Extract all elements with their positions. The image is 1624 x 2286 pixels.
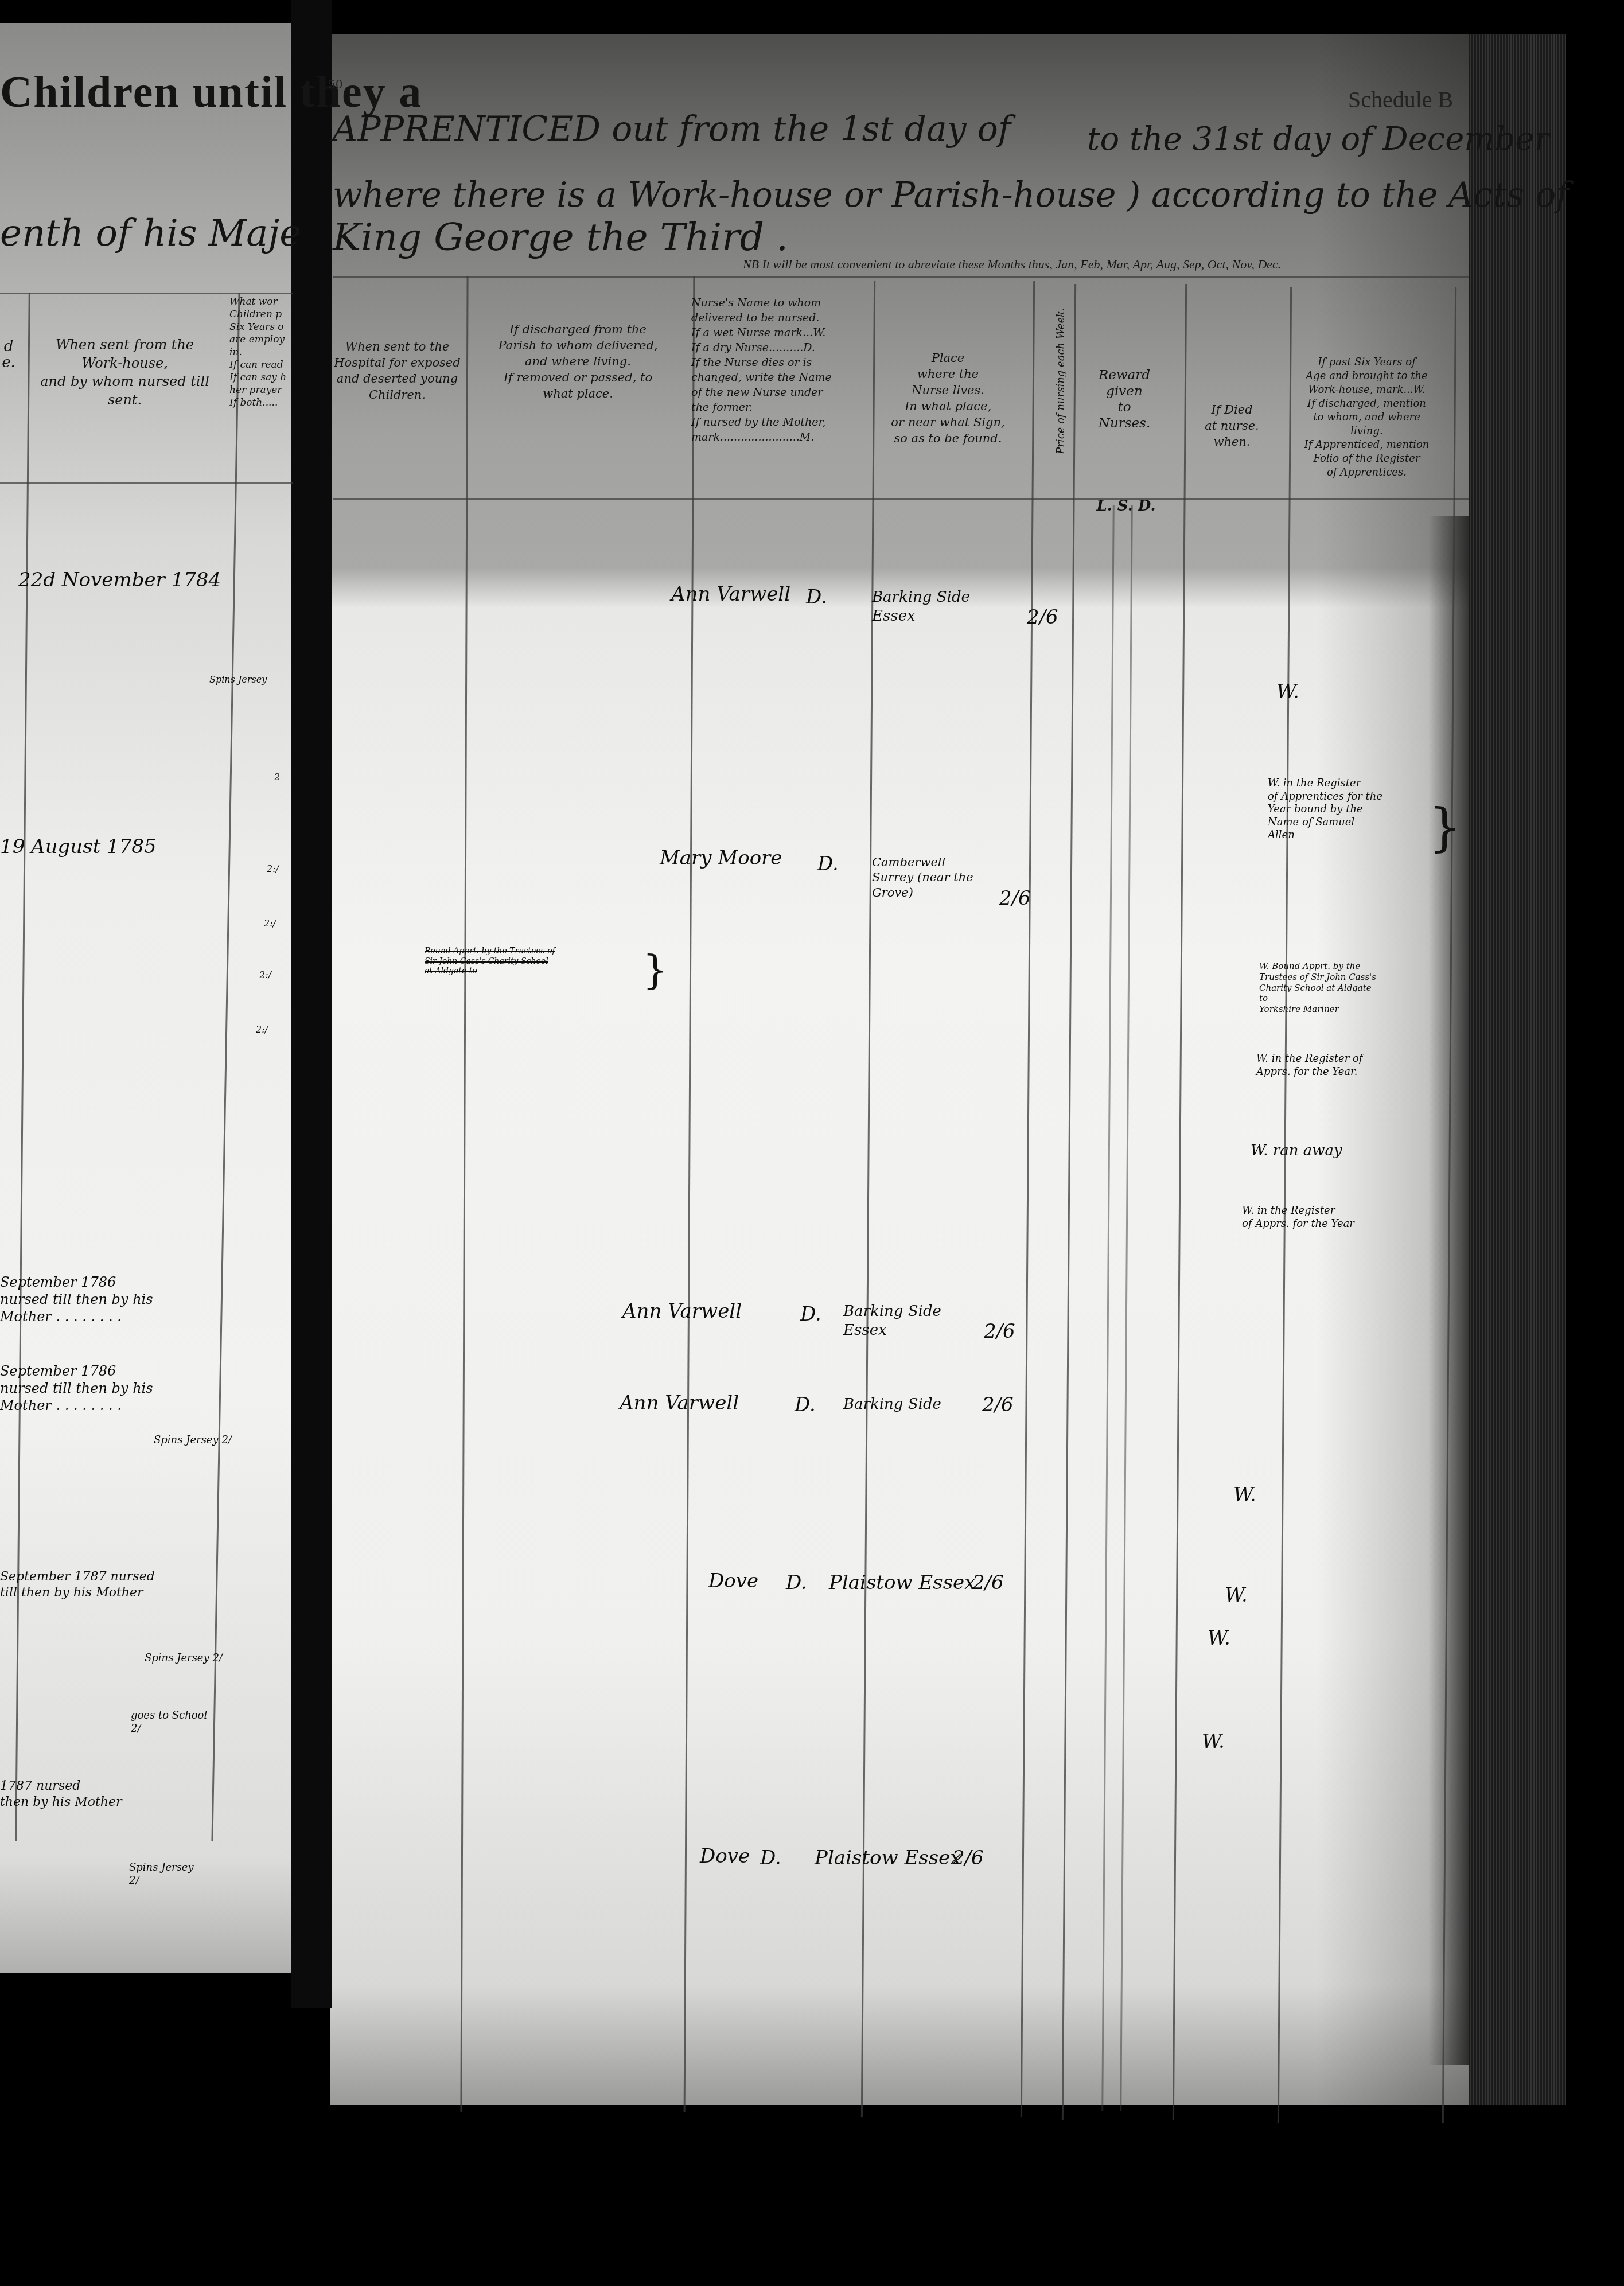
entry-past-six: W. (1202, 1730, 1225, 1754)
entry-place: Plaistow Essex (829, 1571, 975, 1595)
rule (0, 293, 293, 294)
entry-discharged-struck: Bound Apprt. by the Trustees of Sir John… (425, 947, 555, 977)
entry-place: Barking Side Essex (843, 1302, 941, 1339)
entry-price: 2/6 (1027, 605, 1058, 630)
header-when-sent-from-workhouse: When sent from the Work-house, and by wh… (26, 336, 224, 409)
brace: } (642, 947, 668, 994)
entry-past-six: W. Bound Apprt. by the Trustees of Sir J… (1259, 961, 1376, 1015)
brace: } (1428, 797, 1461, 858)
entry-place: Camberwell Surrey (near the Grove) (872, 855, 973, 900)
entry-when-sent: September 1787 nursed till then by his M… (0, 1569, 155, 1600)
header-currency-units: L. S. D. (1072, 498, 1181, 514)
entry-past-six: W. ran away (1251, 1142, 1342, 1160)
entry-nurse-name: Mary Moore (660, 846, 782, 871)
entry-price: 2/6 (999, 886, 1031, 911)
rule (0, 482, 293, 484)
entry-past-six: W. (1233, 1483, 1256, 1508)
entry-work: 2:/ (259, 969, 271, 981)
entry-nurse-type: D. (795, 1393, 816, 1417)
entry-place: Barking Side Essex (872, 588, 970, 625)
entry-past-six: W. in the Register of Apprs. for the Yea… (1242, 1205, 1354, 1230)
header-if-past-six-years: If past Six Years of Age and brought to … (1285, 356, 1448, 480)
right-title-line-1: APPRENTICED out from the 1st day of (333, 109, 1011, 149)
entry-nurse-name: Ann Varwell (620, 1391, 739, 1416)
entry-price: 2/6 (972, 1571, 1004, 1595)
entry-work: Spins Jersey 2/ (129, 1861, 194, 1887)
header-reward-to-nurses: Reward given to Nurses. (1070, 367, 1179, 431)
folio-number: 50 (328, 77, 342, 91)
entry-nurse-type: D. (800, 1302, 821, 1327)
entry-when-sent: 1787 nursed then by his Mother (0, 1778, 122, 1810)
entry-past-six: W. (1276, 680, 1299, 704)
entry-work: Spins Jersey 2/ (145, 1652, 223, 1665)
entry-work: 2 (274, 772, 280, 783)
entry-work: 2:/ (256, 1024, 268, 1035)
entry-nurse-type: D. (817, 852, 839, 877)
entry-nurse-name: Ann Varwell (622, 1299, 742, 1324)
header-when-sent-to-hospital: When sent to the Hospital for exposed an… (333, 338, 462, 403)
entry-nurse-type: D. (806, 585, 827, 610)
entry-when-sent: 19 August 1785 (0, 835, 157, 859)
entry-past-six: W. in the Register of Apprentices for th… (1268, 777, 1382, 842)
entry-nurse-type: D. (760, 1846, 781, 1871)
entry-past-six: W. (1225, 1583, 1248, 1608)
entry-place: Plaistow Essex (815, 1846, 961, 1871)
header-price-per-week: Price of nursing each Week. (1053, 298, 1069, 464)
right-title-line-2: where there is a Work-house or Parish-ho… (333, 175, 1569, 215)
entry-place: Barking Side (843, 1395, 941, 1414)
entry-work: 2:/ (267, 863, 279, 875)
header-nurse-name: Nurse's Name to whom delivered to be nur… (691, 295, 866, 445)
header-place-nurse-lives: Place where the Nurse lives. In what pla… (869, 350, 1027, 446)
entry-past-six: W. in the Register of Apprs. for the Yea… (1256, 1053, 1363, 1078)
rule (333, 276, 1469, 278)
entry-nurse-type: D. (786, 1571, 807, 1595)
entry-work: 2:/ (264, 918, 276, 929)
entry-when-sent: 22d November 1784 (18, 568, 221, 593)
entry-past-six: W. (1208, 1626, 1230, 1651)
book-gutter (291, 0, 332, 2008)
book-page-edges (1469, 34, 1566, 2105)
entry-when-sent: September 1786 nursed till then by his M… (0, 1362, 153, 1414)
entry-work: Spins Jersey 2/ (154, 1434, 232, 1447)
abbreviation-note: NB It will be most convenient to abrevia… (743, 257, 1281, 272)
entry-when-sent: September 1786 nursed till then by his M… (0, 1274, 153, 1325)
rule (333, 498, 1469, 500)
entry-price: 2/6 (984, 1319, 1015, 1344)
right-title-line-1b: to the 31st day of December (1087, 120, 1549, 158)
entry-nurse-name: Dove (708, 1569, 758, 1594)
entry-price: 2/6 (952, 1846, 984, 1871)
header-if-discharged: If discharged from the Parish to whom de… (468, 321, 688, 402)
entry-nurse-name: Dove (700, 1844, 750, 1869)
entry-work: goes to School 2/ (131, 1709, 207, 1735)
left-partial-header: d e. (0, 338, 17, 371)
left-title-line-2: enth of his Maje (0, 212, 301, 255)
schedule-label: Schedule B (1348, 86, 1453, 113)
entry-price: 2/6 (982, 1393, 1014, 1417)
header-what-work: What wor Children p Six Years o are empl… (229, 295, 293, 409)
right-title-line-3: King George the Third . (333, 215, 788, 259)
entry-work: Spins Jersey (209, 674, 267, 686)
header-if-died: If Died at nurse. when. (1182, 402, 1282, 450)
entry-nurse-name: Ann Varwell (671, 582, 790, 607)
